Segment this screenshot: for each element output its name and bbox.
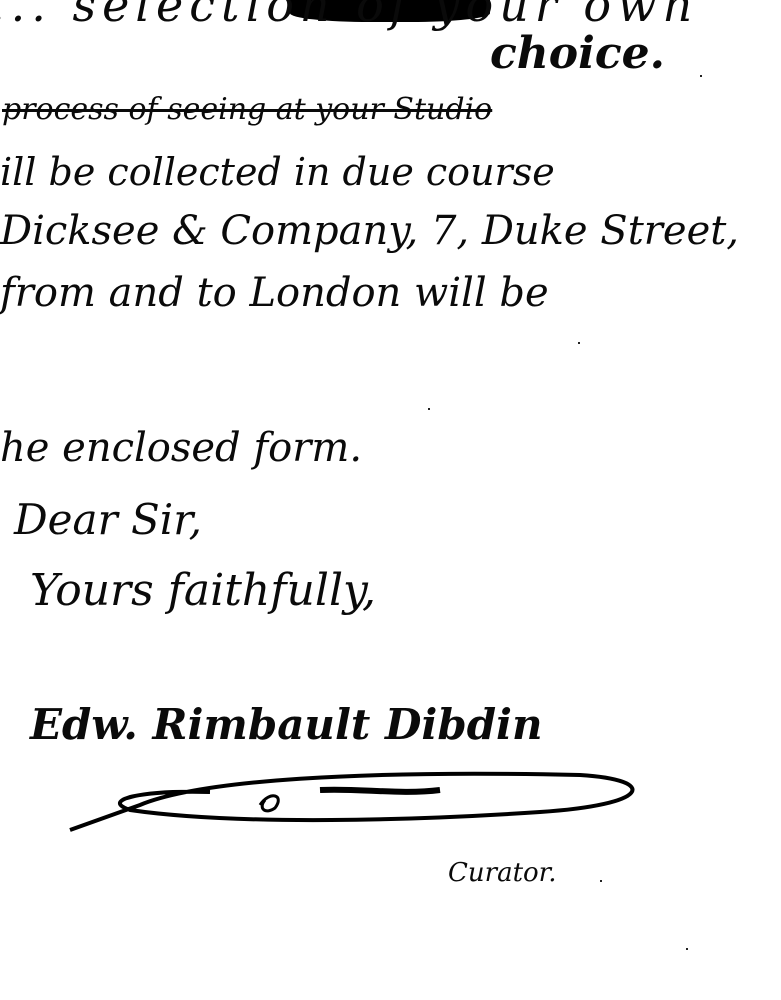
letter-line-london: from and to London will be xyxy=(0,270,549,316)
letter-line-choice: choice. xyxy=(490,28,665,79)
letter-line-enclosed-form: he enclosed form. xyxy=(0,425,362,471)
speck xyxy=(428,408,430,410)
speck xyxy=(600,880,602,882)
signature: Edw. Rimbault Dibdin xyxy=(30,700,543,749)
letter-line-collected: ill be collected in due course xyxy=(0,150,555,194)
speck xyxy=(700,75,702,77)
letter-line-address: Dicksee & Company, 7, Duke Street, xyxy=(0,208,739,254)
speck xyxy=(686,948,688,950)
letter-line-struck-through: process of seeing at your Studio xyxy=(2,92,492,127)
signature-flourish-icon xyxy=(60,760,660,840)
salutation: Dear Sir, xyxy=(14,495,202,544)
speck xyxy=(578,342,580,344)
signatory-title: Curator. xyxy=(448,858,557,888)
closing: Yours faithfully, xyxy=(30,565,376,616)
